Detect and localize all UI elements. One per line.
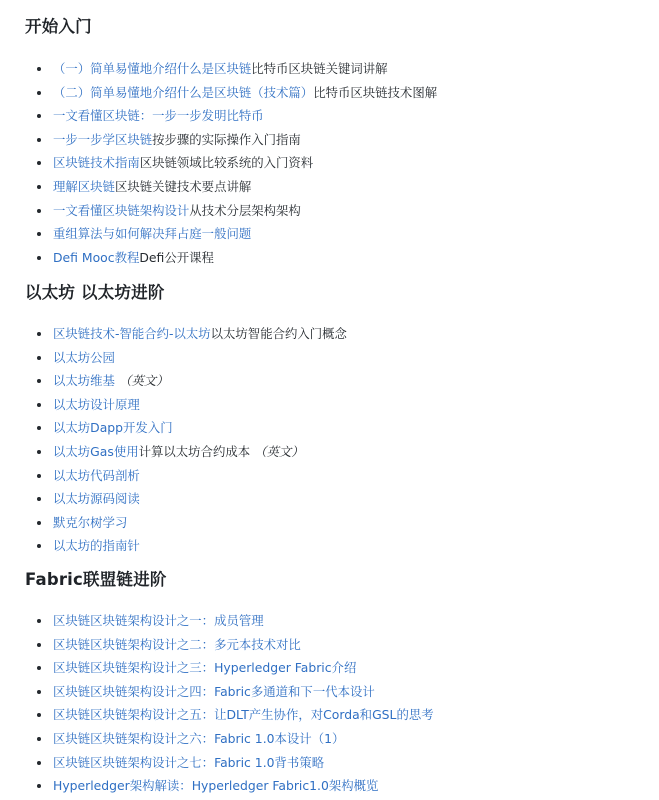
article-link[interactable]: 区块链区块链架构设计之二：多元本技术对比	[53, 637, 301, 652]
bullet-icon	[37, 67, 41, 71]
list-item: 区块链技术-智能合约-以太坊以太坊智能合约入门概念	[25, 322, 659, 346]
section-title: 开始入门	[25, 15, 659, 39]
bullet-icon	[37, 666, 41, 670]
article-link[interactable]: 区块链区块链架构设计之一：成员管理	[53, 613, 264, 628]
bullet-icon	[37, 114, 41, 118]
list-item: （二）简单易懂地介绍什么是区块链（技术篇）比特币区块链技术图解	[25, 81, 659, 105]
list-item: 区块链区块链架构设计之三：Hyperledger Fabric介绍	[25, 656, 659, 680]
article-link[interactable]: 一文看懂区块链：一步一步发明比特币	[53, 108, 264, 123]
article-link[interactable]: 以太坊维基	[53, 373, 115, 388]
list-item: 以太坊维基（英文）	[25, 369, 659, 393]
list-item: 以太坊Gas使用计算以太坊合约成本（英文）	[25, 440, 659, 464]
list-item: 区块链技术指南区块链领域比较系统的入门资料	[25, 151, 659, 175]
list-item: 一步一步学区块链按步骤的实际操作入门指南	[25, 128, 659, 152]
list-item: Hyperledger架构解读：Hyperledger Fabric1.0架构概…	[25, 774, 659, 798]
link-description: 比特币区块链技术图解	[313, 85, 437, 100]
article-link[interactable]: 以太坊公园	[53, 350, 115, 365]
article-link[interactable]: 以太坊设计原理	[53, 397, 140, 412]
bullet-icon	[37, 91, 41, 95]
document-page: 开始入门 （一）简单易懂地介绍什么是区块链比特币区块链关键词讲解（二）简单易懂地…	[0, 0, 659, 800]
list-item: 区块链区块链架构设计之七：Fabric 1.0背书策略	[25, 751, 659, 775]
article-link[interactable]: 一文看懂区块链架构设计	[53, 203, 189, 218]
link-description: 按步骤的实际操作入门指南	[152, 132, 301, 147]
bullet-icon	[37, 643, 41, 647]
bullet-icon	[37, 619, 41, 623]
bullet-icon	[37, 185, 41, 189]
language-note: （英文）	[254, 444, 304, 459]
list-item: 重组算法与如何解决拜占庭一般问题	[25, 222, 659, 246]
article-link[interactable]: 区块链区块链架构设计之七：Fabric 1.0背书策略	[53, 755, 324, 770]
list-item: 区块链区块链架构设计之二：多元本技术对比	[25, 633, 659, 657]
bullet-icon	[37, 474, 41, 478]
article-link[interactable]: 理解区块链	[53, 179, 115, 194]
link-description: 区块链关键技术要点讲解	[115, 179, 251, 194]
link-description: Defi公开课程	[139, 250, 214, 265]
bullet-icon	[37, 403, 41, 407]
list-item: 区块链区块链架构设计之一：成员管理	[25, 609, 659, 633]
bullet-icon	[37, 497, 41, 501]
list-item: （一）简单易懂地介绍什么是区块链比特币区块链关键词讲解	[25, 57, 659, 81]
bullet-icon	[37, 761, 41, 765]
article-link[interactable]: 区块链技术指南	[53, 155, 140, 170]
section-title: 以太坊 以太坊进阶	[25, 281, 659, 305]
link-list: （一）简单易懂地介绍什么是区块链比特币区块链关键词讲解（二）简单易懂地介绍什么是…	[25, 57, 659, 269]
list-item: 以太坊设计原理	[25, 393, 659, 417]
list-item: 一文看懂区块链：一步一步发明比特币	[25, 104, 659, 128]
article-link[interactable]: 重组算法与如何解决拜占庭一般问题	[53, 226, 251, 241]
link-description: 计算以太坊合约成本	[139, 444, 251, 459]
bullet-icon	[37, 356, 41, 360]
article-link[interactable]: 以太坊Gas使用	[53, 444, 139, 459]
list-item: 区块链区块链架构设计之五：让DLT产生协作，对Corda和GSL的思考	[25, 703, 659, 727]
list-item: 理解区块链区块链关键技术要点讲解	[25, 175, 659, 199]
link-description: 比特币区块链关键词讲解	[251, 61, 387, 76]
article-link[interactable]: 以太坊Dapp开发入门	[53, 420, 173, 435]
article-link[interactable]: 默克尔树学习	[53, 515, 127, 530]
bullet-icon	[37, 426, 41, 430]
bullet-icon	[37, 138, 41, 142]
bullet-icon	[37, 784, 41, 788]
list-item: 以太坊源码阅读	[25, 487, 659, 511]
link-description: 以太坊智能合约入门概念	[211, 326, 347, 341]
article-link[interactable]: 区块链区块链架构设计之三：Hyperledger Fabric介绍	[53, 660, 356, 675]
section-fabric: Fabric联盟链进阶 区块链区块链架构设计之一：成员管理区块链区块链架构设计之…	[25, 568, 659, 798]
bullet-icon	[37, 161, 41, 165]
article-link[interactable]: 以太坊的指南针	[53, 538, 140, 553]
bullet-icon	[37, 332, 41, 336]
article-link[interactable]: （一）简单易懂地介绍什么是区块链	[53, 61, 251, 76]
bullet-icon	[37, 737, 41, 741]
article-link[interactable]: 以太坊代码剖析	[53, 468, 140, 483]
bullet-icon	[37, 713, 41, 717]
article-link[interactable]: 区块链技术-智能合约-以太坊	[53, 326, 211, 341]
article-link[interactable]: Hyperledger架构解读：Hyperledger Fabric1.0架构概…	[53, 778, 378, 793]
article-link[interactable]: Defi Mooc教程	[53, 250, 139, 265]
list-item: 以太坊代码剖析	[25, 464, 659, 488]
section-title: Fabric联盟链进阶	[25, 568, 659, 592]
article-link[interactable]: 一步一步学区块链	[53, 132, 152, 147]
link-description: 区块链领域比较系统的入门资料	[140, 155, 313, 170]
article-link[interactable]: 区块链区块链架构设计之六：Fabric 1.0本设计（1）	[53, 731, 344, 746]
language-note: （英文）	[119, 373, 169, 388]
section-ethereum: 以太坊 以太坊进阶 区块链技术-智能合约-以太坊以太坊智能合约入门概念以太坊公园…	[25, 281, 659, 558]
bullet-icon	[37, 256, 41, 260]
article-link[interactable]: 区块链区块链架构设计之四：Fabric多通道和下一代本设计	[53, 684, 375, 699]
bullet-icon	[37, 521, 41, 525]
article-link[interactable]: （二）简单易懂地介绍什么是区块链（技术篇）	[53, 85, 313, 100]
bullet-icon	[37, 450, 41, 454]
bullet-icon	[37, 690, 41, 694]
list-item: 以太坊公园	[25, 346, 659, 370]
list-item: 一文看懂区块链架构设计从技术分层架构架构	[25, 199, 659, 223]
article-link[interactable]: 以太坊源码阅读	[53, 491, 140, 506]
list-item: 以太坊Dapp开发入门	[25, 416, 659, 440]
list-item: 区块链区块链架构设计之四：Fabric多通道和下一代本设计	[25, 680, 659, 704]
bullet-icon	[37, 232, 41, 236]
link-list: 区块链技术-智能合约-以太坊以太坊智能合约入门概念以太坊公园以太坊维基（英文）以…	[25, 322, 659, 558]
bullet-icon	[37, 544, 41, 548]
list-item: 区块链区块链架构设计之六：Fabric 1.0本设计（1）	[25, 727, 659, 751]
link-description: 从技术分层架构架构	[189, 203, 301, 218]
bullet-icon	[37, 379, 41, 383]
article-link[interactable]: 区块链区块链架构设计之五：让DLT产生协作，对Corda和GSL的思考	[53, 707, 434, 722]
link-list: 区块链区块链架构设计之一：成员管理区块链区块链架构设计之二：多元本技术对比区块链…	[25, 609, 659, 798]
bullet-icon	[37, 209, 41, 213]
list-item: 以太坊的指南针	[25, 534, 659, 558]
section-getting-started: 开始入门 （一）简单易懂地介绍什么是区块链比特币区块链关键词讲解（二）简单易懂地…	[25, 15, 659, 269]
list-item: 默克尔树学习	[25, 511, 659, 535]
list-item: Defi Mooc教程Defi公开课程	[25, 246, 659, 270]
